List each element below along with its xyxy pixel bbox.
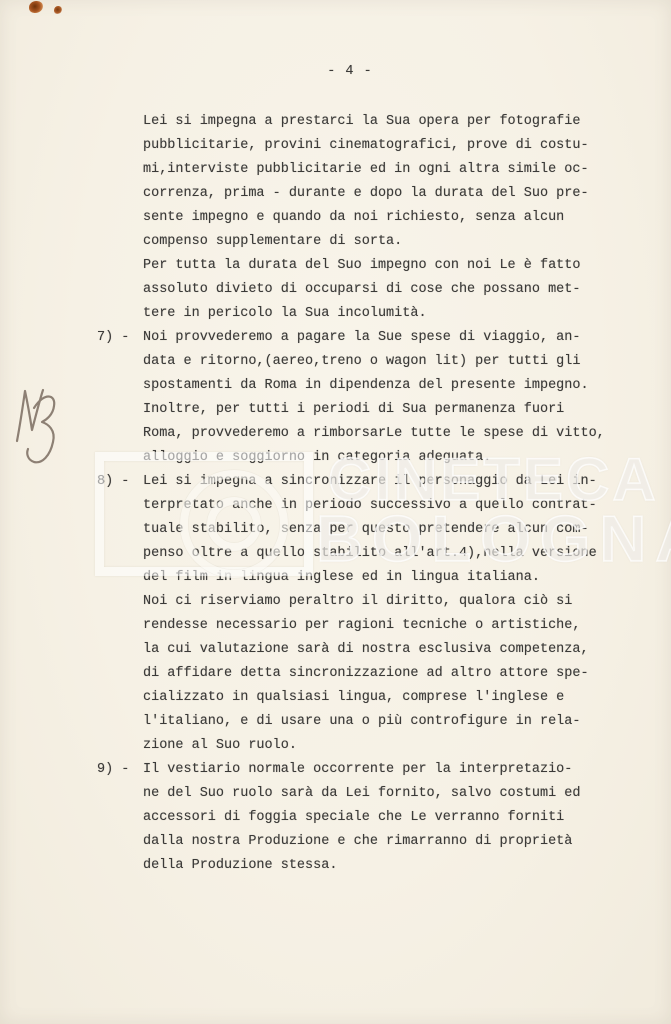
- clause-number: 7) -: [97, 326, 129, 350]
- paragraph: Per tutta la durata del Suo impegno con …: [97, 254, 617, 326]
- clause-item: 8) -Lei si impegna a sincronizzare il pe…: [97, 470, 617, 590]
- text-line: accessori di foggia speciale che Le verr…: [143, 806, 617, 830]
- text-line: Roma, provvederemo a rimborsarLe tutte l…: [143, 422, 617, 446]
- text-line: compenso supplementare di sorta.: [143, 230, 617, 254]
- paragraph: Noi ci riserviamo peraltro il diritto, q…: [97, 590, 617, 758]
- text-line: zione al Suo ruolo.: [143, 734, 617, 758]
- text-line: data e ritorno,(aereo,treno o wagon lit)…: [143, 350, 617, 374]
- text-line: Per tutta la durata del Suo impegno con …: [143, 254, 617, 278]
- text-line: del film in lingua inglese ed in lingua …: [143, 566, 617, 590]
- text-line: pubblicitarie, provini cinematografici, …: [143, 134, 617, 158]
- text-line: Il vestiario normale occorrente per la i…: [143, 758, 617, 782]
- handwritten-mark-m3: [12, 383, 60, 475]
- text-line: sente impegno e quando da noi richiesto,…: [143, 206, 617, 230]
- text-line: l'italiano, e di usare una o più controf…: [143, 710, 617, 734]
- text-line: Noi provvederemo a pagare la Sue spese d…: [143, 326, 617, 350]
- document-body: Lei si impegna a prestarci la Sua opera …: [97, 110, 617, 878]
- text-line: tere in pericolo la Sua incolumità.: [143, 302, 617, 326]
- text-line: Lei si impegna a sincronizzare il person…: [143, 470, 617, 494]
- text-line: di affidare detta sincronizzazione ad al…: [143, 662, 617, 686]
- paragraph: Lei si impegna a prestarci la Sua opera …: [97, 110, 617, 254]
- text-line: Noi ci riserviamo peraltro il diritto, q…: [143, 590, 617, 614]
- text-line: alloggio e soggiorno in categoria adegua…: [143, 446, 617, 470]
- clause-number: 8) -: [97, 470, 129, 494]
- text-line: la cui valutazione sarà di nostra esclus…: [143, 638, 617, 662]
- rust-stain-large: [29, 1, 43, 13]
- clause-item: 7) -Noi provvederemo a pagare la Sue spe…: [97, 326, 617, 470]
- text-line: ne del Suo ruolo sarà da Lei fornito, sa…: [143, 782, 617, 806]
- text-line: terpretato anche in periodo successivo a…: [143, 494, 617, 518]
- rust-stain-small: [54, 6, 62, 14]
- text-line: spostamenti da Roma in dipendenza del pr…: [143, 374, 617, 398]
- text-line: dalla nostra Produzione e che rimarranno…: [143, 830, 617, 854]
- text-line: della Produzione stessa.: [143, 854, 617, 878]
- text-line: cializzato in qualsiasi lingua, comprese…: [143, 686, 617, 710]
- text-line: correnza, prima - durante e dopo la dura…: [143, 182, 617, 206]
- text-line: Inoltre, per tutti i periodi di Sua perm…: [143, 398, 617, 422]
- text-line: mi,interviste pubblicitarie ed in ogni a…: [143, 158, 617, 182]
- text-line: penso oltre a quello stabilito all'art.4…: [143, 542, 617, 566]
- text-line: assoluto divieto di occuparsi di cose ch…: [143, 278, 617, 302]
- text-line: Lei si impegna a prestarci la Sua opera …: [143, 110, 617, 134]
- scanned-contract-page: - 4 - Lei si impegna a prestarci la Sua …: [0, 0, 671, 1024]
- text-line: rendesse necessario per ragioni tecniche…: [143, 614, 617, 638]
- page-number: - 4 -: [97, 64, 603, 79]
- text-line: tuale stabilito, senza per questo preten…: [143, 518, 617, 542]
- clause-number: 9) -: [97, 758, 129, 782]
- clause-item: 9) -Il vestiario normale occorrente per …: [97, 758, 617, 878]
